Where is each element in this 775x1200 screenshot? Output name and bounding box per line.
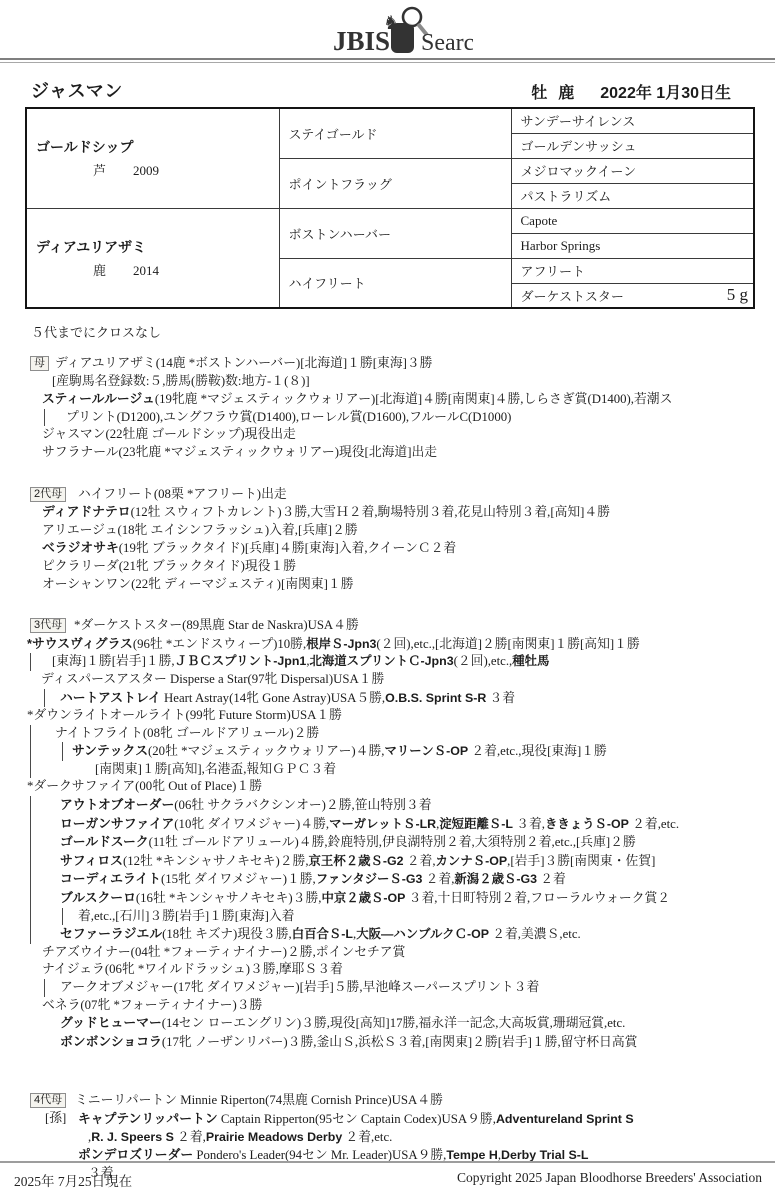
tree-line bbox=[30, 908, 31, 926]
tree-line bbox=[30, 833, 31, 852]
pedigree-section: 2代母ハイフリート(08栗 *アフリート)出走ディアドナテロ(12牡 スウィフト… bbox=[0, 486, 775, 594]
granddam-cell: ポイントフラッグ bbox=[279, 158, 511, 208]
pedigree-line: ブルスクーロ(16牡 *キンシャサノキセキ)３勝,中京２歳Ｓ-OP ３着,十日町… bbox=[0, 889, 775, 908]
line-text: (96牡 *エンドスウィープ)10勝, bbox=[133, 637, 306, 651]
race-name: Prairie Meadows Derby bbox=[206, 1130, 342, 1144]
horse-name: ハートアストレイ bbox=[60, 690, 161, 705]
coat-label: 鹿 bbox=[93, 263, 106, 278]
race-name: Adventureland Sprint S bbox=[496, 1112, 634, 1126]
line-text: ２着, bbox=[404, 854, 436, 868]
year-label: 2014 bbox=[133, 263, 159, 278]
line-text: ２着, bbox=[174, 1130, 206, 1144]
horse-name: コーディエライト bbox=[60, 871, 161, 886]
line-text: *ダークサファイア(00牝 Out of Place)１勝 bbox=[27, 779, 262, 793]
header: JBIS ♞ Search bbox=[0, 0, 775, 56]
line-text: ハイフリート(08栗 *アフリート)出走 bbox=[78, 487, 287, 501]
generation-label: 2代母 bbox=[30, 487, 66, 502]
horse-name: ディアドナテロ bbox=[42, 504, 131, 519]
footer: 2025年 7月25日現在 Copyright 2025 Japan Blood… bbox=[0, 1170, 775, 1190]
table-row: ディアユリアザミ 鹿2014 ボストンハーバー Capote bbox=[26, 208, 754, 233]
relation-bracket: [孫] bbox=[45, 1110, 66, 1128]
horse-name: ベラジオサキ bbox=[42, 540, 119, 555]
race-name: 京王杯２歳Ｓ-G2 bbox=[309, 854, 404, 868]
race-name: ＪＢＣスプリント-Jpn1 bbox=[175, 654, 307, 668]
pedigree-line: ディアドナテロ(12牡 スウィフトカレント)３勝,大雪Ｈ２着,駒場特別３着,花見… bbox=[0, 503, 775, 522]
line-text: チアズウイナー(04牡 *フォーティナイナー)２勝,ポインセチア賞 bbox=[42, 945, 405, 959]
pedigree-line: *ダークサファイア(00牝 Out of Place)１勝 bbox=[0, 778, 775, 796]
granddam-cell: ハイフリート bbox=[279, 258, 511, 308]
race-name: 種牡馬 bbox=[512, 654, 549, 668]
race-name: 根岸Ｓ-Jpn3 bbox=[306, 637, 376, 651]
race-name: 淀短距離Ｓ-L bbox=[439, 817, 513, 831]
race-name: ファンタジーＳ-G3 bbox=[316, 872, 423, 886]
horse-name: ポンデロズリーダー bbox=[78, 1147, 193, 1162]
pedigree-line: ベネラ(07牝 *フォーティナイナー)３勝 bbox=[0, 997, 775, 1015]
horse-name: サフィロス bbox=[60, 853, 123, 868]
ancestor-cell: メジロマックイーン bbox=[511, 158, 754, 183]
ancestor-cell: アフリート bbox=[511, 258, 754, 283]
logo-jbis-text: JBIS bbox=[333, 26, 390, 56]
line-text: ナイジェラ(06牝 *ワイルドラッシュ)３勝,摩耶Ｓ３着 bbox=[42, 962, 343, 976]
horse-name: キャプテンリッパートン bbox=[78, 1111, 218, 1126]
pedigree-line: [南関東]１勝[高知],名港盃,報知ＧＰＣ３着 bbox=[0, 761, 775, 779]
ancestor-cell: パストラリズム bbox=[511, 183, 754, 208]
line-text: (19牝 ブラックタイド)[兵庫]４勝[東海]入着,クイーンＣ２着 bbox=[119, 541, 456, 555]
pedigree-line: 4代母ミニーリパートン Minnie Riperton(74黒鹿 Cornish… bbox=[0, 1092, 775, 1110]
race-name: 白百合Ｓ-L bbox=[292, 927, 353, 941]
pedigree-line: 2代母ハイフリート(08栗 *アフリート)出走 bbox=[0, 486, 775, 504]
generation-label: 4代母 bbox=[30, 1093, 66, 1108]
line-text: ,[岩手]３勝[南関東・佐賀] bbox=[507, 854, 655, 868]
pedigree-line: オーシャンワン(22牝 ディーマジェスティ)[南関東]１勝 bbox=[0, 576, 775, 594]
horse-name: ダーケストスター bbox=[521, 286, 624, 305]
pedigree-line: *サウスヴィグラス(96牡 *エンドスウィープ)10勝,根岸Ｓ-Jpn3(２回)… bbox=[0, 635, 775, 654]
line-text: ２着,美濃Ｓ,etc. bbox=[489, 927, 581, 941]
horse-basic-info: 牡鹿2022年 1月30日生 bbox=[531, 80, 731, 103]
line-text: (19牝鹿 *マジェスティックウォリアー)[北海道]４勝[南関東]４勝,しらさぎ… bbox=[155, 392, 673, 406]
line-text: ディスパースアスター Disperse a Star(97牝 Dispersal… bbox=[41, 672, 384, 686]
line-text: *ダーケストスター(89黒鹿 Star de Naskra)USA４勝 bbox=[74, 618, 359, 632]
ancestor-cell: Harbor Springs bbox=[511, 233, 754, 258]
pedigree-line: サフラナール(23牝鹿 *マジェスティックウォリアー)現役[北海道]出走 bbox=[0, 444, 775, 462]
line-text: プリント(D1200),ユングフラウ賞(D1400),ローレル賞(D1600),… bbox=[66, 410, 511, 424]
line-text: (15牝 ダイワメジャー)１勝, bbox=[161, 872, 316, 886]
tree-line bbox=[30, 925, 31, 944]
line-text: (12牡 *キンシャサノキセキ)２勝, bbox=[123, 854, 309, 868]
inbreeding-cross-note: ５代までにクロスなし bbox=[31, 322, 775, 341]
horse-name: スティールルージュ bbox=[42, 391, 155, 406]
line-text: ナイトフライト(08牝 ゴールドアリュール)２勝 bbox=[55, 726, 319, 740]
ancestor-cell: サンデーサイレンス bbox=[511, 108, 754, 133]
line-text: ２着 bbox=[537, 872, 566, 886]
pedigree-line: [産駒馬名登録数:５,勝馬(勝鞍)数:地方-１(８)] bbox=[0, 373, 775, 391]
pedigree-line: [孫]キャプテンリッパートン Captain Ripperton(95セン Ca… bbox=[0, 1110, 775, 1129]
title-row: ジャスマン 牡鹿2022年 1月30日生 bbox=[0, 77, 775, 107]
page-title: ジャスマン bbox=[31, 77, 123, 103]
horse-name: ゴールドスーク bbox=[60, 834, 149, 849]
horse-name: アウトオブオーダー bbox=[60, 797, 174, 812]
line-text: [産駒馬名登録数:５,勝馬(勝鞍)数:地方-１(８)] bbox=[52, 374, 310, 388]
table-row: ゴールドシップ 芦2009 ステイゴールド サンデーサイレンス bbox=[26, 108, 754, 133]
grandsire-cell: ステイゴールド bbox=[279, 108, 511, 158]
line-text: (20牡 *マジェスティックウォリアー)４勝, bbox=[148, 744, 384, 758]
as-of-date: 2025年 7月25日現在 bbox=[14, 1170, 132, 1190]
line-text: ３着 bbox=[486, 691, 515, 705]
ancestor-cell: ゴールデンサッシュ bbox=[511, 133, 754, 158]
horse-name: *サウスヴィグラス bbox=[27, 636, 133, 651]
race-name: マリーンＳ-OP bbox=[384, 744, 468, 758]
line-text: (14セン ローエングリン)３勝,現役[高知]17勝,福永洋一記念,大高坂賞,珊… bbox=[162, 1016, 626, 1030]
line-text: (11牡 ゴールドアリュール)４勝,鈴鹿特別,伊良湖特別２着,大須特別２着,et… bbox=[149, 835, 636, 849]
line-text: ミニーリパートン Minnie Riperton(74黒鹿 Cornish Pr… bbox=[75, 1093, 443, 1107]
line-text: ディアユリアザミ(14鹿 *ボストンハーバー)[北海道]１勝[東海]３勝 bbox=[55, 356, 432, 370]
race-name: O.B.S. Sprint S-R bbox=[385, 691, 486, 705]
pedigree-line: スティールルージュ(19牝鹿 *マジェスティックウォリアー)[北海道]４勝[南関… bbox=[0, 390, 775, 409]
tree-line bbox=[30, 653, 31, 671]
line-text: Captain Ripperton(95セン Captain Codex)USA… bbox=[218, 1112, 496, 1126]
pedigree-line: プリント(D1200),ユングフラウ賞(D1400),ローレル賞(D1600),… bbox=[0, 409, 775, 427]
race-name: 中京２歳Ｓ-OP bbox=[321, 891, 405, 905]
sex-label: 牡 bbox=[531, 85, 547, 102]
line-text: ３着, bbox=[513, 817, 545, 831]
race-name: マーガレットＳ-LR bbox=[329, 817, 436, 831]
line-text: オーシャンワン(22牝 ディーマジェスティ)[南関東]１勝 bbox=[42, 577, 354, 591]
pedigree-line: コーディエライト(15牝 ダイワメジャー)１勝,ファンタジーＳ-G3 ２着,新潟… bbox=[0, 870, 775, 889]
pedigree-line: サンテックス(20牡 *マジェスティックウォリアー)４勝,マリーンＳ-OP ２着… bbox=[0, 742, 775, 761]
jbis-logo[interactable]: JBIS ♞ Search bbox=[303, 6, 473, 58]
generation-label: 3代母 bbox=[30, 618, 66, 633]
line-text: (18牡 キズナ)現役３勝, bbox=[162, 927, 292, 941]
tree-line bbox=[30, 889, 31, 908]
pedigree-line: セファーラジエル(18牡 キズナ)現役３勝,白百合Ｓ-L,大阪―ハンブルクＣ-O… bbox=[0, 925, 775, 944]
pedigree-line: ジャスマン(22牡鹿 ゴールドシップ)現役出走 bbox=[0, 426, 775, 444]
pedigree-section: 4代母ミニーリパートン Minnie Riperton(74黒鹿 Cornish… bbox=[0, 1092, 775, 1182]
logo-search-text: Search bbox=[421, 30, 473, 56]
line-text: (12牡 スウィフトカレント)３勝,大雪Ｈ２着,駒場特別３着,花見山特別３着,[… bbox=[131, 505, 610, 519]
coat-label: 芦 bbox=[93, 163, 106, 178]
pedigree-line: [東海]１勝[岩手]１勝,ＪＢＣスプリント-Jpn1,北海道スプリントＣ-Jpn… bbox=[0, 653, 775, 671]
line-text: ジャスマン(22牡鹿 ゴールドシップ)現役出走 bbox=[42, 427, 296, 441]
line-text: [南関東]１勝[高知],名港盃,報知ＧＰＣ３着 bbox=[95, 762, 336, 776]
pedigree-line: アウトオブオーダー(06牡 サクラバクシンオー)２勝,笹山特別３着 bbox=[0, 796, 775, 815]
line-text: (２回),etc.,[北海道]２勝[南関東]１勝[高知]１勝 bbox=[376, 637, 639, 651]
year-label: 2009 bbox=[133, 163, 159, 178]
race-name: 新潟２歳Ｓ-G3 bbox=[454, 872, 537, 886]
tree-line bbox=[30, 852, 31, 871]
pedigree-line: サフィロス(12牡 *キンシャサノキセキ)２勝,京王杯２歳Ｓ-G2 ２着,カンナ… bbox=[0, 852, 775, 871]
pedigree-sections: 母ディアユリアザミ(14鹿 *ボストンハーバー)[北海道]１勝[東海]３勝[産駒… bbox=[0, 355, 775, 1182]
grandsire-cell: ボストンハーバー bbox=[279, 208, 511, 258]
line-text: アリエージュ(18牝 エイシンフラッシュ)入着,[兵庫]２勝 bbox=[42, 523, 358, 537]
line-text: (２回),etc., bbox=[454, 654, 513, 668]
pedigree-line: ローガンサファイア(10牝 ダイワメジャー)４勝,マーガレットＳ-LR,淀短距離… bbox=[0, 815, 775, 834]
race-name: 北海道スプリントＣ-Jpn3 bbox=[310, 654, 454, 668]
tree-line bbox=[30, 742, 31, 761]
horse-name: サンテックス bbox=[72, 743, 148, 758]
tree-line bbox=[62, 908, 63, 926]
pedigree-line: ナイトフライト(08牝 ゴールドアリュール)２勝 bbox=[0, 725, 775, 743]
pedigree-line: ボンボンショコラ(17牝 ノーザンリバー)３勝,釜山Ｓ,浜松Ｓ３着,[南関東]２… bbox=[0, 1033, 775, 1052]
horse-name: ブルスクーロ bbox=[60, 890, 136, 905]
pedigree-line: アリエージュ(18牝 エイシンフラッシュ)入着,[兵庫]２勝 bbox=[0, 522, 775, 540]
line-text: ２着,etc.,現役[東海]１勝 bbox=[468, 744, 607, 758]
line-text: [東海]１勝[岩手]１勝, bbox=[52, 654, 175, 668]
line-text: (17牝 ノーザンリバー)３勝,釜山Ｓ,浜松Ｓ３着,[南関東]２勝[岩手]１勝,… bbox=[162, 1035, 638, 1049]
line-text: (10牝 ダイワメジャー)４勝, bbox=[174, 817, 329, 831]
line-text: サフラナール(23牝鹿 *マジェスティックウォリアー)現役[北海道]出走 bbox=[42, 445, 437, 459]
jbis-badge bbox=[391, 23, 414, 53]
pedigree-table: ゴールドシップ 芦2009 ステイゴールド サンデーサイレンス ゴールデンサッシ… bbox=[25, 107, 755, 309]
pedigree-line: ゴールドスーク(11牡 ゴールドアリュール)４勝,鈴鹿特別,伊良湖特別２着,大須… bbox=[0, 833, 775, 852]
dam-cell: ディアユリアザミ 鹿2014 bbox=[26, 208, 279, 308]
pedigree-line: ピクラリーダ(21牝 ブラックタイド)現役１勝 bbox=[0, 558, 775, 576]
tree-line bbox=[30, 815, 31, 834]
pedigree-line: *ダウンライトオールライト(99牝 Future Storm)USA１勝 bbox=[0, 707, 775, 725]
pedigree-line: ベラジオサキ(19牝 ブラックタイド)[兵庫]４勝[東海]入着,クイーンＣ２着 bbox=[0, 539, 775, 558]
tree-line bbox=[62, 742, 63, 761]
horse-name: ボンボンショコラ bbox=[60, 1034, 162, 1049]
ancestor-cell: Capote bbox=[511, 208, 754, 233]
line-text: ピクラリーダ(21牝 ブラックタイド)現役１勝 bbox=[42, 559, 296, 573]
print-artifact-note: 5 g bbox=[727, 285, 748, 305]
copyright-text: Copyright 2025 Japan Bloodhorse Breeders… bbox=[457, 1170, 762, 1190]
line-text: ２着,etc. bbox=[342, 1130, 392, 1144]
tree-line bbox=[44, 409, 45, 427]
pedigree-line: ,R. J. Speers S ２着,Prairie Meadows Derby… bbox=[0, 1129, 775, 1147]
tree-line bbox=[30, 870, 31, 889]
coat-label: 鹿 bbox=[558, 85, 574, 102]
line-text: (06牡 サクラバクシンオー)２勝,笹山特別３着 bbox=[174, 798, 431, 812]
race-name: 大阪―ハンブルクＣ-OP bbox=[356, 927, 489, 941]
horse-name: グッドヒューマー bbox=[60, 1015, 162, 1030]
pedigree-section: 母ディアユリアザミ(14鹿 *ボストンハーバー)[北海道]１勝[東海]３勝[産駒… bbox=[0, 355, 775, 462]
line-text: ２着,etc. bbox=[629, 817, 679, 831]
race-name: カンナＳ-OP bbox=[436, 854, 508, 868]
horse-name: ディアユリアザミ bbox=[36, 237, 279, 257]
tree-line bbox=[30, 761, 31, 779]
line-text: アークオブメジャー(17牝 ダイワメジャー)[岩手]５勝,早池峰スーパースプリン… bbox=[60, 980, 539, 994]
pedigree-line: 3代母*ダーケストスター(89黒鹿 Star de Naskra)USA４勝 bbox=[0, 617, 775, 635]
pedigree-section: 3代母*ダーケストスター(89黒鹿 Star de Naskra)USA４勝*サ… bbox=[0, 617, 775, 1051]
pedigree-line: ディスパースアスター Disperse a Star(97牝 Dispersal… bbox=[0, 671, 775, 689]
line-text: ２着, bbox=[422, 872, 454, 886]
pedigree-line: ハートアストレイ Heart Astray(14牝 Gone Astray)US… bbox=[0, 689, 775, 708]
pedigree-line: ナイジェラ(06牝 *ワイルドラッシュ)３勝,摩耶Ｓ３着 bbox=[0, 961, 775, 979]
line-text: ３着,十日町特別２着,フローラルウォーク賞２ bbox=[405, 891, 670, 905]
ancestor-cell: ダーケストスター 5 g bbox=[511, 283, 754, 308]
horse-name: ゴールドシップ bbox=[36, 137, 279, 157]
horse-name: セファーラジエル bbox=[60, 926, 162, 941]
race-name: R. J. Speers S bbox=[91, 1130, 174, 1144]
tree-line bbox=[30, 796, 31, 815]
line-text: Heart Astray(14牝 Gone Astray)USA５勝, bbox=[161, 691, 385, 705]
horse-name: ローガンサファイア bbox=[60, 816, 174, 831]
line-text: (16牡 *キンシャサノキセキ)３勝, bbox=[136, 891, 322, 905]
line-text: *ダウンライトオールライト(99牝 Future Storm)USA１勝 bbox=[27, 708, 342, 722]
tree-line bbox=[44, 689, 45, 708]
pedigree-report-page: JBIS ♞ Search ジャスマン 牡鹿2022年 1月30日生 ゴールドシ… bbox=[0, 0, 775, 1200]
pedigree-line: グッドヒューマー(14セン ローエングリン)３勝,現役[高知]17勝,福永洋一記… bbox=[0, 1014, 775, 1033]
pedigree-line: 母ディアユリアザミ(14鹿 *ボストンハーバー)[北海道]１勝[東海]３勝 bbox=[0, 355, 775, 373]
pedigree-line: 着,etc.,[石川]３勝[岩手]１勝[東海]入着 bbox=[0, 908, 775, 926]
pedigree-line: チアズウイナー(04牡 *フォーティナイナー)２勝,ポインセチア賞 bbox=[0, 944, 775, 962]
footer-divider bbox=[0, 1161, 775, 1163]
tree-line bbox=[30, 725, 31, 743]
tree-line bbox=[44, 979, 45, 997]
line-text: ベネラ(07牝 *フォーティナイナー)３勝 bbox=[42, 998, 262, 1012]
sire-cell: ゴールドシップ 芦2009 bbox=[26, 108, 279, 208]
race-name: ききょうＳ-OP bbox=[545, 817, 629, 831]
pedigree-line: アークオブメジャー(17牝 ダイワメジャー)[岩手]５勝,早池峰スーパースプリン… bbox=[0, 979, 775, 997]
line-text: 着,etc.,[石川]３勝[岩手]１勝[東海]入着 bbox=[78, 909, 294, 923]
birthdate-label: 2022年 1月30日生 bbox=[600, 85, 731, 102]
generation-label: 母 bbox=[30, 356, 49, 371]
